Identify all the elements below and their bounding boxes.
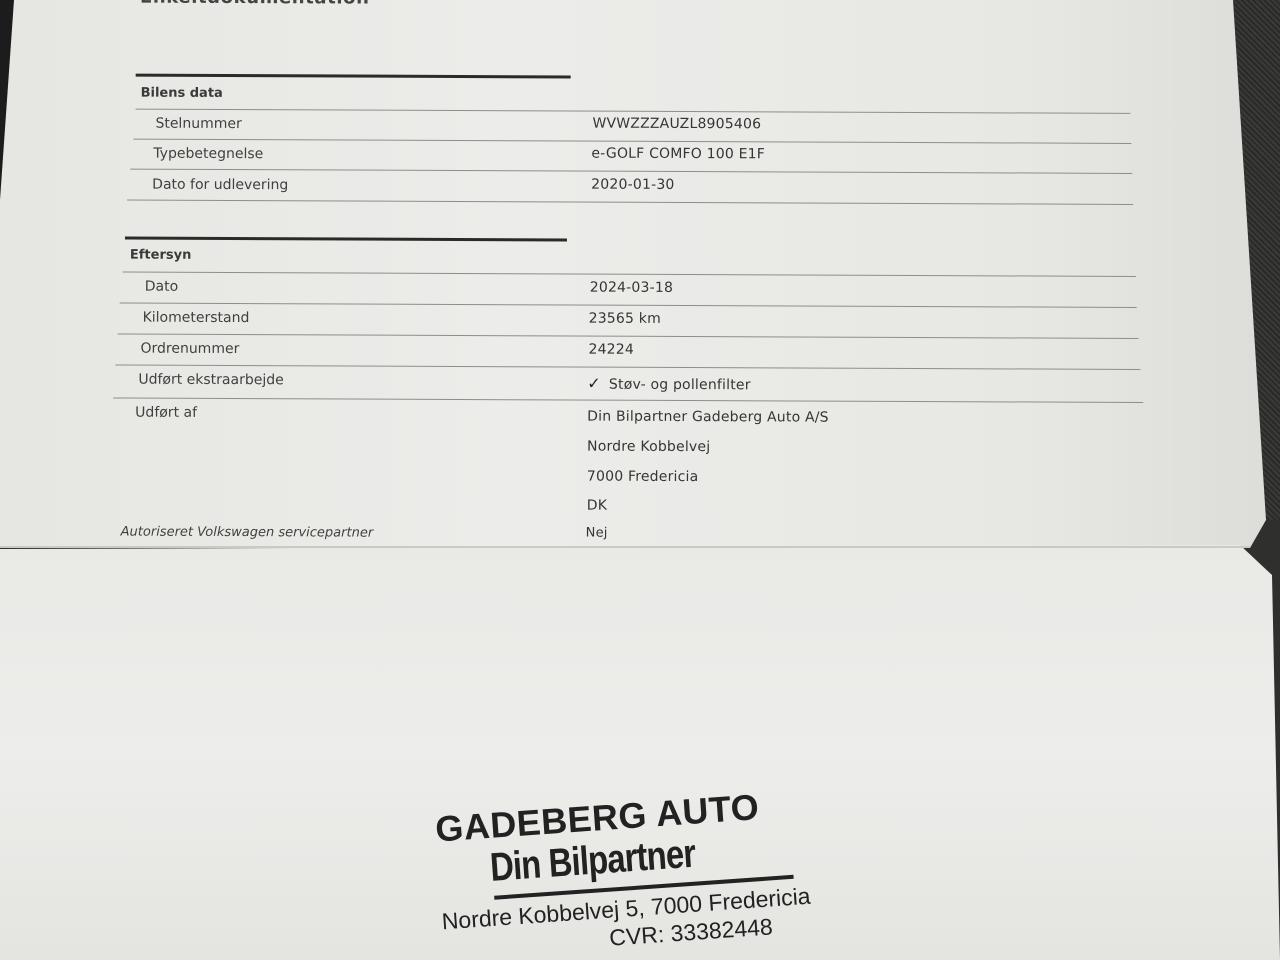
performed-by-street: Nordre Kobbelvej xyxy=(587,439,710,456)
field-label-order-number: Ordrenummer xyxy=(140,341,239,357)
field-label-authorized-partner: Autoriseret Volkswagen servicepartner xyxy=(121,525,374,541)
section-heading-inspection: Eftersyn xyxy=(130,248,192,263)
field-value-type-designation: e-GOLF COMFO 100 E1F xyxy=(591,146,765,163)
row-divider xyxy=(113,397,1143,402)
field-value-chassis-number: WVWZZZAUZL8905406 xyxy=(592,116,761,133)
row-divider xyxy=(133,139,1131,144)
field-label-delivery-date: Dato for udlevering xyxy=(152,177,288,194)
row-divider xyxy=(127,200,1133,205)
field-label-inspection-date: Dato xyxy=(145,279,178,295)
field-value-authorized-partner: Nej xyxy=(586,526,608,541)
field-label-type-designation: Typebetegnelse xyxy=(153,146,263,162)
field-value-inspection-date: 2024-03-18 xyxy=(590,280,673,296)
field-value-delivery-date: 2020-01-30 xyxy=(591,177,674,193)
row-divider xyxy=(120,303,1137,308)
checkmark-icon: ✓ xyxy=(587,374,601,393)
row-divider xyxy=(130,169,1132,174)
row-divider xyxy=(123,272,1136,277)
field-label-chassis-number: Stelnummer xyxy=(155,116,241,132)
performed-by-city: 7000 Fredericia xyxy=(587,469,699,485)
row-divider xyxy=(118,334,1139,339)
section-heading-vehicle: Bilens data xyxy=(141,86,223,101)
dealer-stamp: GADEBERG AUTO Din Bilpartner Nordre Kobb… xyxy=(430,784,813,960)
section-divider-vehicle xyxy=(136,74,571,79)
field-label-extra-work: Udført ekstraarbejde xyxy=(138,372,283,389)
extra-work-item: Støv- og pollenfilter xyxy=(609,377,751,394)
field-label-odometer: Kilometerstand xyxy=(143,310,250,326)
row-divider xyxy=(136,109,1131,114)
field-value-extra-work: ✓Støv- og pollenfilter xyxy=(587,374,750,394)
field-value-order-number: 24224 xyxy=(588,342,634,358)
performed-by-name: Din Bilpartner Gadeberg Auto A/S xyxy=(587,409,829,426)
row-divider xyxy=(115,365,1140,370)
field-label-performed-by: Udført af xyxy=(135,405,197,421)
service-document: Enkeltdokumentation Bilens data Stelnumm… xyxy=(0,0,1280,554)
document-title: Enkeltdokumentation xyxy=(140,0,370,9)
section-divider-inspection xyxy=(125,237,567,242)
performed-by-country: DK xyxy=(587,498,607,514)
field-value-odometer: 23565 km xyxy=(589,311,661,327)
